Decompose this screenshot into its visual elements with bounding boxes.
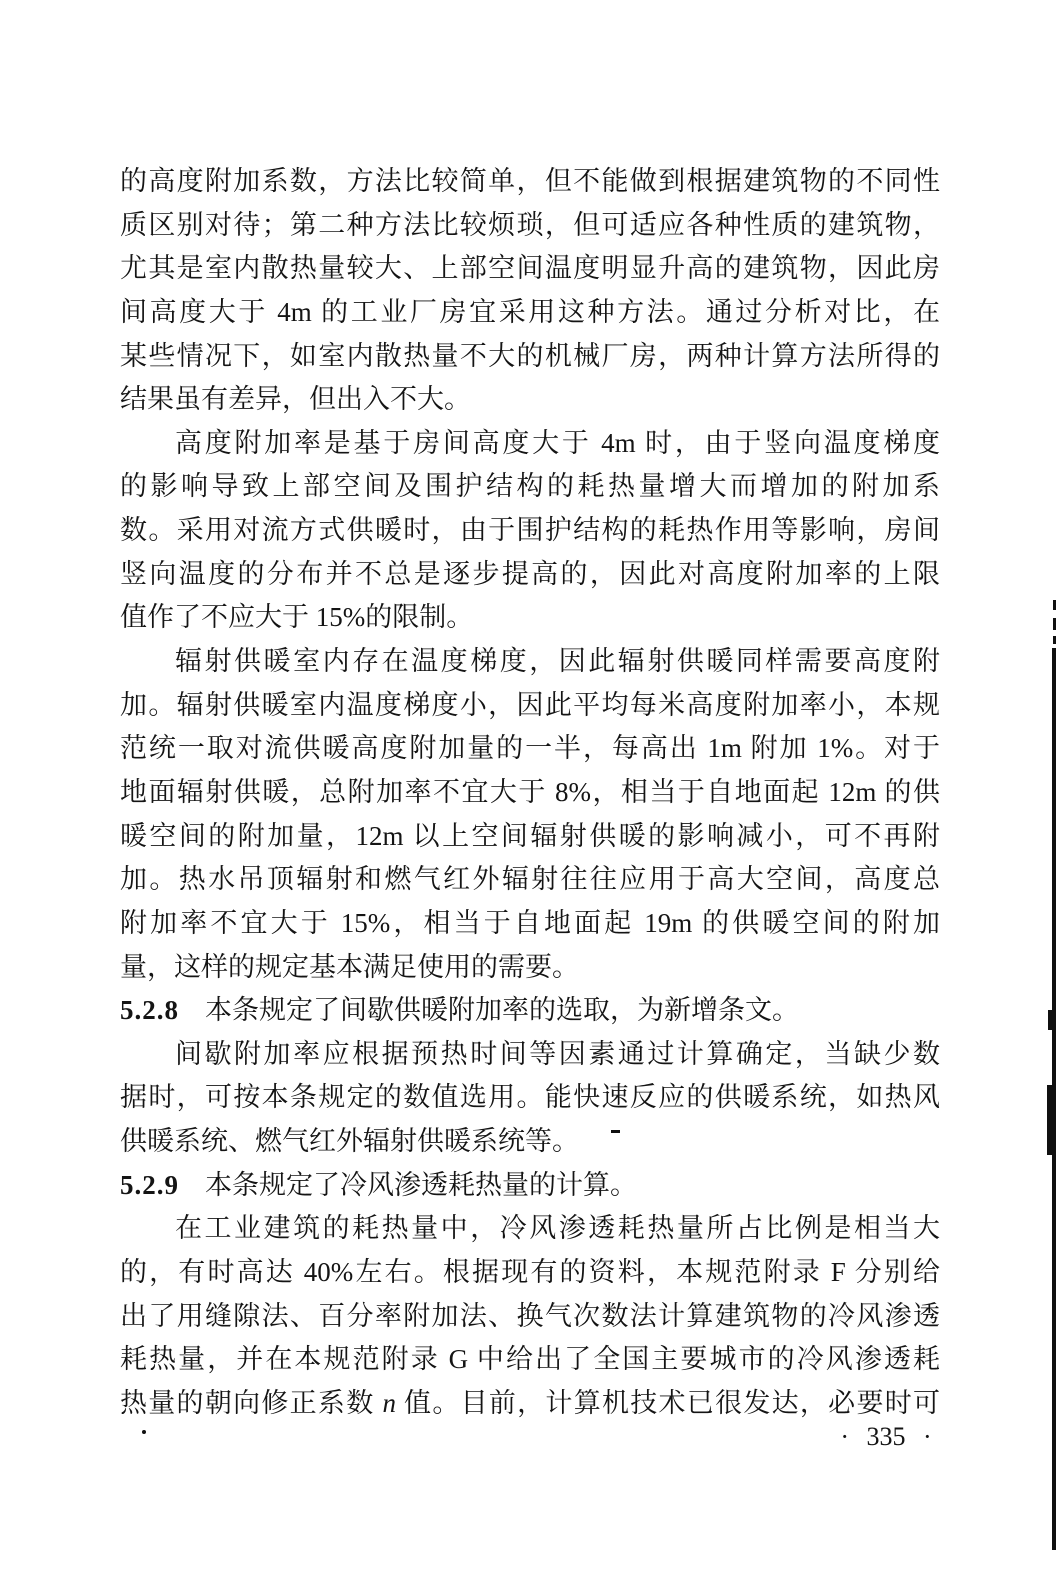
page-number: · 335 · <box>826 1422 946 1452</box>
text-line: 出了用缝隙法、百分率附加法、换气次数法计算建筑物的冷风渗透 <box>120 1295 940 1339</box>
body-paragraph: 的高度附加系数，方法比较简单，但不能做到根据建筑物的不同性质区别对待；第二种方法… <box>120 160 940 422</box>
text-line: 的高度附加系数，方法比较简单，但不能做到根据建筑物的不同性 <box>120 160 940 204</box>
text-line: 暖空间的附加量，12m 以上空间辐射供暖的影响减小，可不再附 <box>120 815 940 859</box>
text-line: 质区别对待；第二种方法比较烦琐，但可适应各种性质的建筑物， <box>120 204 940 248</box>
text-line: 某些情况下，如室内散热量不大的机械厂房，两种计算方法所得的 <box>120 335 940 379</box>
text-line: 在工业建筑的耗热量中，冷风渗透耗热量所占比例是相当大 <box>120 1207 940 1251</box>
scan-border-dash <box>1053 600 1056 610</box>
text-line: 热量的朝向修正系数 n 值。目前，计算机技术已很发达，必要时可 <box>120 1382 940 1426</box>
text-line: 结果虽有差异，但出入不大。 <box>120 378 940 422</box>
scan-artifact-dot <box>142 1430 146 1434</box>
scan-border-dash <box>1053 618 1056 630</box>
text-line: 数。采用对流方式供暖时，由于围护结构的耗热作用等影响，房间 <box>120 509 940 553</box>
text-line: 供暖系统、燃气红外辐射供暖系统等。 <box>120 1120 940 1164</box>
text-line: 高度附加率是基于房间高度大于 4m 时，由于竖向温度梯度 <box>120 422 940 466</box>
text-line: 辐射供暖室内存在温度梯度，因此辐射供暖同样需要高度附 <box>120 640 940 684</box>
clause-text: 本条规定了间歇供暖附加率的选取，为新增条文。 <box>205 995 799 1025</box>
text-line: 值作了不应大于 15%的限制。 <box>120 596 940 640</box>
body-paragraph: 高度附加率是基于房间高度大于 4m 时，由于竖向温度梯度的影响导致上部空间及围护… <box>120 422 940 640</box>
clause-number: 5.2.9 <box>120 1170 179 1200</box>
text-line: 的，有时高达 40%左右。根据现有的资料，本规范附录 F 分别给 <box>120 1251 940 1295</box>
text-block: 的高度附加系数，方法比较简单，但不能做到根据建筑物的不同性质区别对待；第二种方法… <box>120 160 940 1426</box>
text-line: 间歇附加率应根据预热时间等因素通过计算确定，当缺少数 <box>120 1033 940 1077</box>
text-line: 加。热水吊顶辐射和燃气红外辐射往往应用于高大空间，高度总 <box>120 858 940 902</box>
text-line: 加。辐射供暖室内温度梯度小，因此平均每米高度附加率小，本规 <box>120 684 940 728</box>
scan-border-blob <box>1047 1085 1056 1155</box>
text-line: 竖向温度的分布并不总是逐步提高的，因此对高度附加率的上限 <box>120 553 940 597</box>
clause-text: 本条规定了冷风渗透耗热量的计算。 <box>205 1170 637 1200</box>
variable-symbol: n <box>383 1388 397 1418</box>
clause-number: 5.2.8 <box>120 995 179 1025</box>
text-line: 5.2.8本条规定了间歇供暖附加率的选取，为新增条文。 <box>120 989 940 1033</box>
text-line: 地面辐射供暖，总附加率不宜大于 8%，相当于自地面起 12m 的供 <box>120 771 940 815</box>
scan-artifact-tick <box>611 1130 620 1133</box>
text-line: 附加率不宜大于 15%，相当于自地面起 19m 的供暖空间的附加 <box>120 902 940 946</box>
text-line: 耗热量，并在本规范附录 G 中给出了全国主要城市的冷风渗透耗 <box>120 1338 940 1382</box>
body-paragraph: 在工业建筑的耗热量中，冷风渗透耗热量所占比例是相当大的，有时高达 40%左右。根… <box>120 1207 940 1425</box>
scan-border-notch <box>1048 1010 1055 1030</box>
text-line: 间高度大于 4m 的工业厂房宜采用这种方法。通过分析对比，在 <box>120 291 940 335</box>
text-line: 量，这样的规定基本满足使用的需要。 <box>120 946 940 990</box>
text-line: 尤其是室内散热量较大、上部空间温度明显升高的建筑物，因此房 <box>120 247 940 291</box>
clause-paragraph: 5.2.9本条规定了冷风渗透耗热量的计算。 <box>120 1164 940 1208</box>
text-line: 范统一取对流供暖高度附加量的一半，每高出 1m 附加 1%。对于 <box>120 727 940 771</box>
body-paragraph: 间歇附加率应根据预热时间等因素通过计算确定，当缺少数据时，可按本条规定的数值选用… <box>120 1033 940 1164</box>
document-page: 的高度附加系数，方法比较简单，但不能做到根据建筑物的不同性质区别对待；第二种方法… <box>0 0 1059 1586</box>
text-line: 的影响导致上部空间及围护结构的耗热量增大而增加的附加系 <box>120 465 940 509</box>
text-line: 据时，可按本条规定的数值选用。能快速反应的供暖系统，如热风 <box>120 1076 940 1120</box>
clause-paragraph: 5.2.8本条规定了间歇供暖附加率的选取，为新增条文。 <box>120 989 940 1033</box>
body-paragraph: 辐射供暖室内存在温度梯度，因此辐射供暖同样需要高度附加。辐射供暖室内温度梯度小，… <box>120 640 940 989</box>
scan-border-dash <box>1053 636 1056 644</box>
text-line: 5.2.9本条规定了冷风渗透耗热量的计算。 <box>120 1164 940 1208</box>
